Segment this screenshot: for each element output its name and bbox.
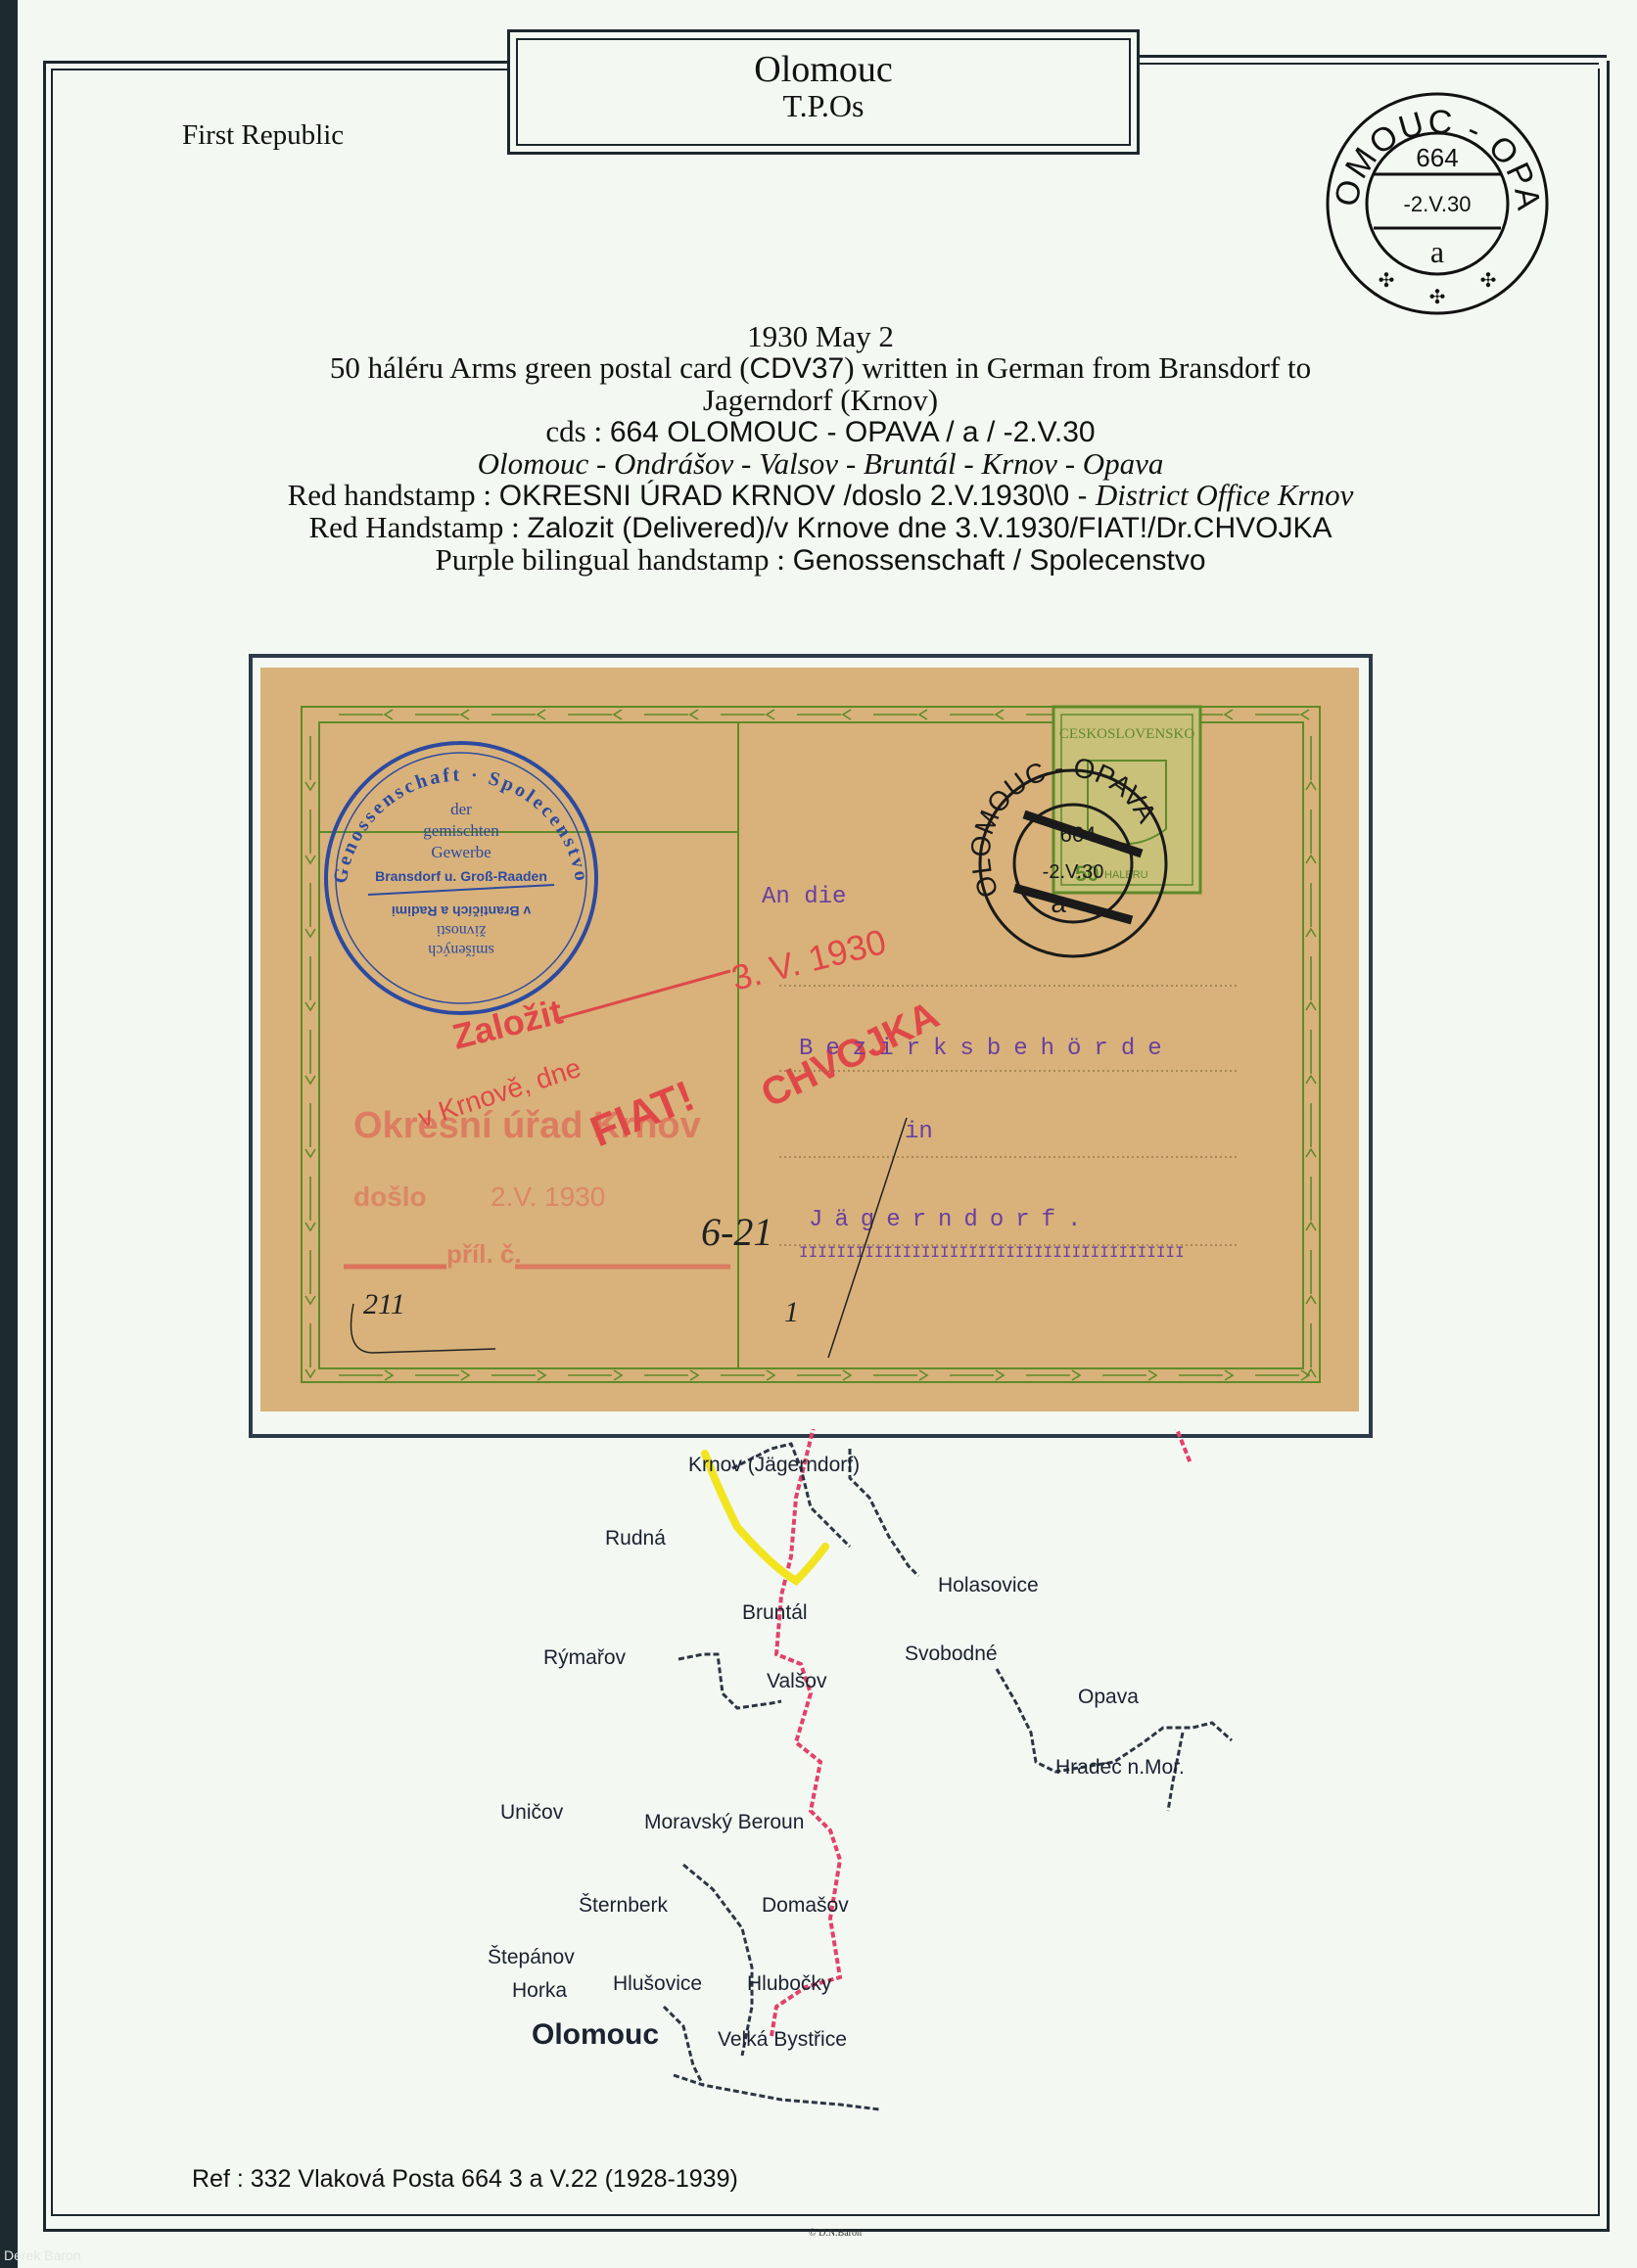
map-label-hlubocky: Hlubočky bbox=[747, 1972, 831, 1996]
frame-top-right bbox=[1134, 55, 1607, 58]
svg-text:in: in bbox=[905, 1119, 933, 1145]
map-label-horka: Horka bbox=[512, 1979, 567, 2003]
item-description: 1930 May 2 50 háléru Arms green postal c… bbox=[76, 321, 1565, 577]
desc-red1: Red handstamp : OKRESNI ÚRAD KRNOV /dosl… bbox=[76, 480, 1565, 512]
desc-red2: Red Handstamp : Zalozit (Delivered)/v Kr… bbox=[76, 512, 1565, 544]
svg-text:6-21: 6-21 bbox=[701, 1210, 772, 1254]
svg-text:Gewerbe: Gewerbe bbox=[431, 843, 491, 861]
svg-text:-2.V.30: -2.V.30 bbox=[1404, 192, 1472, 216]
page-title: Olomouc bbox=[518, 50, 1129, 89]
svg-text:✣: ✣ bbox=[1429, 287, 1446, 308]
svg-text:2.V. 1930: 2.V. 1930 bbox=[491, 1181, 605, 1212]
svg-text:IIIIIIIIIIIIIIIIIIIIIIIIIIIIII: IIIIIIIIIIIIIIIIIIIIIIIIIIIIIIIIIIIIIIII… bbox=[799, 1244, 1185, 1262]
album-page: Olomouc T.P.Os First Republic OLOMOUC - … bbox=[18, 0, 1637, 2268]
map-label-svobodne: Svobodné bbox=[905, 1643, 998, 1666]
map-label-rymarov: Rýmařov bbox=[543, 1646, 626, 1670]
desc-line2: Jagerndorf (Krnov) bbox=[76, 385, 1565, 416]
svg-text:3. V. 1930: 3. V. 1930 bbox=[727, 921, 890, 998]
desc-date: 1930 May 2 bbox=[76, 321, 1565, 352]
svg-text:Okresní úřad Krnov: Okresní úřad Krnov bbox=[353, 1105, 701, 1146]
map-label-unicov: Uničov bbox=[500, 1801, 563, 1825]
svg-text:Bransdorf u. Groß-Raaden: Bransdorf u. Groß-Raaden bbox=[375, 868, 547, 884]
svg-text:v Brantičích a Radimi: v Brantičích a Radimi bbox=[392, 903, 531, 919]
svg-text:HALERU: HALERU bbox=[1104, 869, 1148, 881]
svg-text:-2.V.30: -2.V.30 bbox=[1043, 861, 1104, 883]
frame-top-right-inner bbox=[1134, 63, 1599, 65]
svg-text:✣: ✣ bbox=[1379, 270, 1395, 292]
postal-card-artwork: CESKOSLOVENSKO 50 HALERU OLOMOUC - OPAVA… bbox=[260, 668, 1359, 1412]
map-label-moravsky-beroun: Moravský Beroun bbox=[644, 1811, 804, 1834]
copyright: © D.N.Baron bbox=[809, 2228, 862, 2239]
frame-top-left bbox=[43, 61, 510, 64]
svg-text:živnosti: živnosti bbox=[436, 922, 486, 939]
svg-text:smíšených: smíšených bbox=[428, 942, 494, 958]
svg-text:✣: ✣ bbox=[1480, 270, 1497, 292]
svg-text:CESKOSLOVENSKO: CESKOSLOVENSKO bbox=[1059, 726, 1195, 742]
svg-text:Jägerndorf.: Jägerndorf. bbox=[809, 1207, 1093, 1233]
svg-text:gemischten: gemischten bbox=[423, 821, 499, 840]
map-label-domasov: Domašov bbox=[762, 1894, 849, 1918]
watermark: Derek Baron bbox=[4, 2247, 81, 2263]
map-label-hradec: Hradec n.Mor. bbox=[1055, 1756, 1185, 1780]
map-label-valsov: Valšov bbox=[767, 1670, 826, 1693]
svg-text:Bezirksbehörde: Bezirksbehörde bbox=[799, 1036, 1175, 1062]
desc-purple: Purple bilingual handstamp : Genossensch… bbox=[76, 544, 1565, 577]
desc-route: Olomouc - Ondrášov - Valsov - Bruntál - … bbox=[76, 448, 1565, 480]
railway-map: Krnov (Jägerndorf) Rudná Bruntál Holasov… bbox=[448, 1429, 1290, 2114]
svg-text:An die: An die bbox=[762, 884, 846, 910]
svg-text:1: 1 bbox=[784, 1296, 799, 1328]
map-label-hlusovice: Hlušovice bbox=[613, 1972, 702, 1996]
page-subtitle: T.P.Os bbox=[518, 89, 1129, 122]
map-label-velka-bystrice: Velká Bystřice bbox=[718, 2028, 847, 2052]
svg-text:664: 664 bbox=[1060, 822, 1097, 847]
map-label-rudna: Rudná bbox=[605, 1527, 666, 1551]
title-box: Olomouc T.P.Os bbox=[507, 29, 1140, 155]
postal-card-mount: CESKOSLOVENSKO 50 HALERU OLOMOUC - OPAVA… bbox=[249, 654, 1373, 1438]
reference-note: Ref : 332 Vlaková Posta 664 3 a V.22 (19… bbox=[192, 2165, 738, 2194]
desc-cds: cds : 664 OLOMOUC - OPAVA / a / -2.V.30 bbox=[76, 416, 1565, 448]
section-label: First Republic bbox=[182, 119, 344, 152]
svg-text:211: 211 bbox=[363, 1288, 405, 1320]
svg-text:příl. č.: příl. č. bbox=[446, 1239, 522, 1269]
map-label-olomouc: Olomouc bbox=[532, 2018, 659, 2052]
desc-line1: 50 háléru Arms green postal card (CDV37)… bbox=[76, 352, 1565, 385]
postmark-illustration: OLOMOUC - OPAVA 664 -2.V.30 a ✣ ✣ ✣ bbox=[1320, 86, 1555, 321]
map-label-bruntal: Bruntál bbox=[742, 1601, 808, 1625]
svg-text:došlo: došlo bbox=[353, 1181, 427, 1212]
genossenschaft-handstamp: Genossenschaft · Spolecenstvo der gemisc… bbox=[326, 743, 596, 1013]
map-label-holasovice: Holasovice bbox=[938, 1574, 1039, 1597]
map-label-sternberk: Šternberk bbox=[579, 1894, 668, 1918]
svg-text:a: a bbox=[1051, 888, 1066, 918]
map-label-stepanov: Štepánov bbox=[488, 1946, 575, 1969]
postal-card: CESKOSLOVENSKO 50 HALERU OLOMOUC - OPAVA… bbox=[260, 668, 1359, 1412]
svg-text:a: a bbox=[1430, 234, 1444, 269]
svg-text:664: 664 bbox=[1416, 143, 1458, 172]
map-label-krnov: Krnov (Jägerndorf) bbox=[688, 1454, 860, 1477]
handwritten-notes: 6-21 211 1 bbox=[351, 1118, 908, 1358]
svg-text:der: der bbox=[450, 800, 472, 818]
frame-top-left-inner bbox=[51, 69, 511, 70]
map-label-opava: Opava bbox=[1078, 1686, 1139, 1709]
svg-text:Založit: Založit bbox=[448, 991, 567, 1056]
